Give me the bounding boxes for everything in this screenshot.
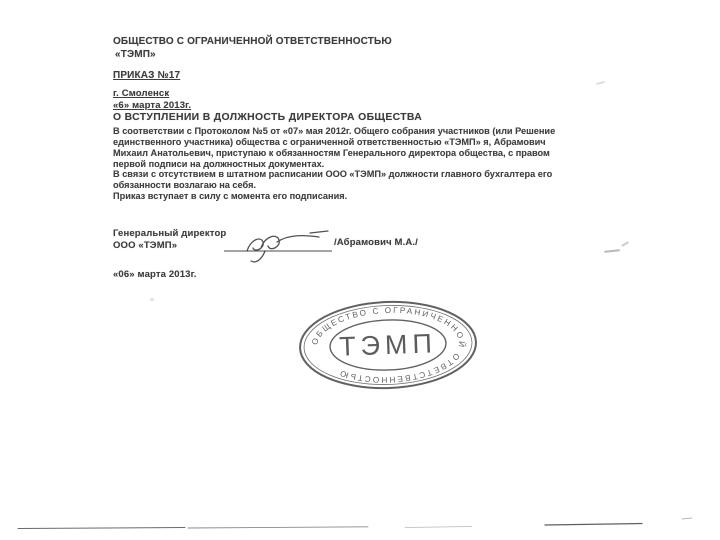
signature-stroke	[247, 231, 328, 262]
scan-noise-speck	[621, 241, 629, 246]
order-body: В соответствии с Протоколом №5 от «07» м…	[113, 126, 555, 202]
scanned-order-document: ОБЩЕСТВО С ОГРАНИЧЕННОЙ ОТВЕТСТВЕННОСТЬЮ…	[0, 0, 720, 540]
order-city: г. Смоленск	[113, 88, 169, 99]
signer-role-line2: ООО «ТЭМП»	[113, 240, 177, 251]
body-line: первой подписи на должностных документах…	[113, 159, 555, 170]
company-name-line1: ОБЩЕСТВО С ОГРАНИЧЕННОЙ ОТВЕТСТВЕННОСТЬЮ	[113, 36, 392, 47]
scan-noise-speck	[150, 298, 154, 301]
order-number: ПРИКАЗ №17	[113, 70, 180, 81]
stamp-center-text: ТЭМП	[339, 328, 438, 361]
body-line: единственного участника) общества с огра…	[113, 137, 555, 148]
company-stamp: ОБЩЕСТВО С ОГРАНИЧЕННОЙ ОТВЕТСТВЕННОСТЬЮ…	[288, 288, 488, 404]
body-line: В связи с отсутствием в штатном расписан…	[113, 169, 555, 180]
body-line: Приказ вступает в силу с момента его под…	[113, 191, 555, 202]
signer-name: /Абрамович М.А./	[334, 237, 418, 248]
company-name-line2: «ТЭМП»	[115, 49, 156, 60]
scan-noise-speck	[604, 249, 620, 252]
body-line: В соответствии с Протоколом №5 от «07» м…	[113, 126, 555, 137]
body-line: обязанности возлагаю на себя.	[113, 180, 555, 191]
body-line: Михаил Анатольевич, приступаю к обязанно…	[113, 148, 555, 159]
signer-role-line1: Генеральный директор	[113, 228, 226, 239]
scan-noise-speck	[596, 81, 605, 85]
scan-page-edge-line	[0, 515, 720, 537]
signature-handwriting	[215, 224, 355, 272]
order-subject-heading: О ВСТУПЛЕНИИ В ДОЛЖНОСТЬ ДИРЕКТОРА ОБЩЕС…	[113, 112, 422, 123]
order-date: «6» марта 2013г.	[113, 100, 191, 111]
signing-date: «06» марта 2013г.	[113, 269, 197, 280]
